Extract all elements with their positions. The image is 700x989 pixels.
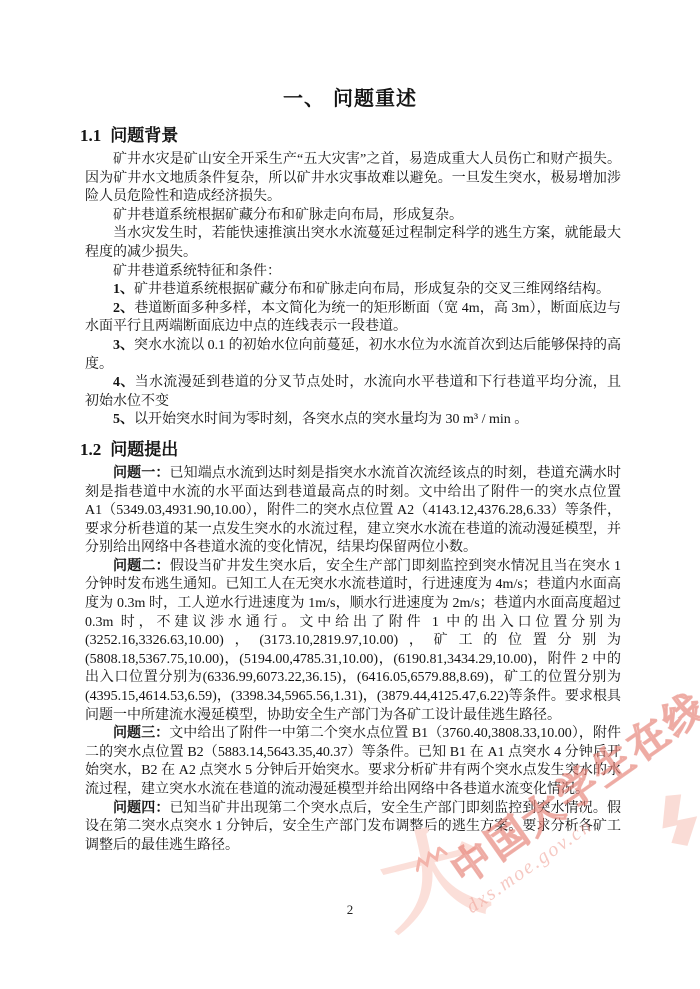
list-number: 1、 bbox=[113, 282, 134, 297]
paragraph-text: 矿井巷道系统根据矿藏分布和矿脉走向布局，形成复杂的交叉三维网络结构。 bbox=[134, 282, 610, 297]
paragraph: 当水灾发生时，若能快速推演出突水水流蔓延过程制定科学的逃生方案，就能最大程度的减… bbox=[85, 225, 621, 262]
paragraph-text: 矿井巷道系统特征和条件： bbox=[113, 264, 281, 279]
question-1-paragraph: 问题一：已知端点水流到达时刻是指突水水流首次流经该点的时刻，巷道充满水时刻是指巷… bbox=[85, 465, 621, 558]
list-item-2: 2、巷道断面多种多样，本文简化为统一的矩形断面（宽 4m，高 3m），断面底边与… bbox=[85, 300, 621, 337]
list-number: 4、 bbox=[113, 375, 135, 390]
section-title: 问题背景 bbox=[110, 126, 178, 146]
section-title: 问题提出 bbox=[110, 440, 178, 460]
list-item-5: 5、以开始突水时间为零时刻，各突水点的突水量均为 30 m³ / min 。 bbox=[85, 411, 621, 430]
paragraph-text: 当水流漫延到巷道的分叉节点处时，水流向水平巷道和下行巷道平均分流，且初始水位不变 bbox=[85, 375, 621, 409]
list-item-3: 3、突水水流以 0.1 的初始水位向前蔓延，初水水位为水流首次到达后能够保持的高… bbox=[85, 337, 621, 374]
question-4-paragraph: 问题四：已知当矿井出现第二个突水点后，安全生产部门即刻监控到突水情况。假设在第二… bbox=[85, 800, 621, 856]
question-label: 问题二： bbox=[113, 559, 170, 574]
section-number: 1.2 bbox=[80, 440, 101, 459]
paragraph: 矿井巷道系统根据矿藏分布和矿脉走向布局，形成复杂。 bbox=[85, 207, 621, 226]
paragraph-text: 矿井巷道系统根据矿藏分布和矿脉走向布局，形成复杂。 bbox=[113, 208, 463, 223]
paragraph: 矿井巷道系统特征和条件： bbox=[85, 263, 621, 282]
paragraph-text: 当水灾发生时，若能快速推演出突水水流蔓延过程制定科学的逃生方案，就能最大程度的减… bbox=[85, 226, 621, 260]
paragraph-text: 以开始突水时间为零时刻，各突水点的突水量均为 30 m³ / min 。 bbox=[134, 412, 528, 427]
question-label: 问题一： bbox=[113, 466, 169, 481]
list-item-1: 1、矿井巷道系统根据矿藏分布和矿脉走向布局，形成复杂的交叉三维网络结构。 bbox=[85, 281, 621, 300]
section-number: 1.1 bbox=[80, 126, 101, 145]
paragraph-text: 矿井水灾是矿山安全开采生产“五大灾害”之首，易造成重大人员伤亡和财产损失。因为矿… bbox=[85, 152, 621, 204]
list-number: 3、 bbox=[113, 338, 134, 353]
section-heading-background: 1.1问题背景 bbox=[80, 125, 620, 147]
watermark-logo-fragment-icon bbox=[638, 782, 700, 865]
page-number: 2 bbox=[0, 902, 700, 918]
section-questions-body: 问题一：已知端点水流到达时刻是指突水水流首次流经该点的时刻，巷道充满水时刻是指巷… bbox=[85, 465, 621, 855]
page-title: 一、 问题重述 bbox=[0, 86, 700, 110]
list-number: 5、 bbox=[113, 412, 134, 427]
question-2-paragraph: 问题二：假设当矿井发生突水后，安全生产部门即刻监控到突水情况且当在突水 1 分钟… bbox=[85, 558, 621, 725]
section-background-body: 矿井水灾是矿山安全开采生产“五大灾害”之首，易造成重大人员伤亡和财产损失。因为矿… bbox=[85, 151, 621, 430]
paragraph-text: 巷道断面多种多样，本文简化为统一的矩形断面（宽 4m，高 3m），断面底边与水面… bbox=[85, 301, 621, 335]
paragraph-text: 假设当矿井发生突水后，安全生产部门即刻监控到突水情况且当在突水 1 分钟时发布逃… bbox=[85, 559, 621, 723]
section-heading-questions: 1.2问题提出 bbox=[80, 439, 620, 461]
list-item-4: 4、当水流漫延到巷道的分叉节点处时，水流向水平巷道和下行巷道平均分流，且初始水位… bbox=[85, 374, 621, 411]
paragraph: 矿井水灾是矿山安全开采生产“五大灾害”之首，易造成重大人员伤亡和财产损失。因为矿… bbox=[85, 151, 621, 207]
document-page: 一、 问题重述 1.1问题背景 矿井水灾是矿山安全开采生产“五大灾害”之首，易造… bbox=[0, 0, 700, 989]
question-label: 问题三： bbox=[113, 726, 169, 741]
list-number: 2、 bbox=[113, 301, 134, 316]
question-3-paragraph: 问题三：文中给出了附件一中第二个突水点位置 B1（3760.40,3808.33… bbox=[85, 725, 621, 799]
paragraph-text: 突水水流以 0.1 的初始水位向前蔓延，初水水位为水流首次到达后能够保持的高度。 bbox=[85, 338, 621, 372]
question-label: 问题四： bbox=[113, 801, 169, 816]
